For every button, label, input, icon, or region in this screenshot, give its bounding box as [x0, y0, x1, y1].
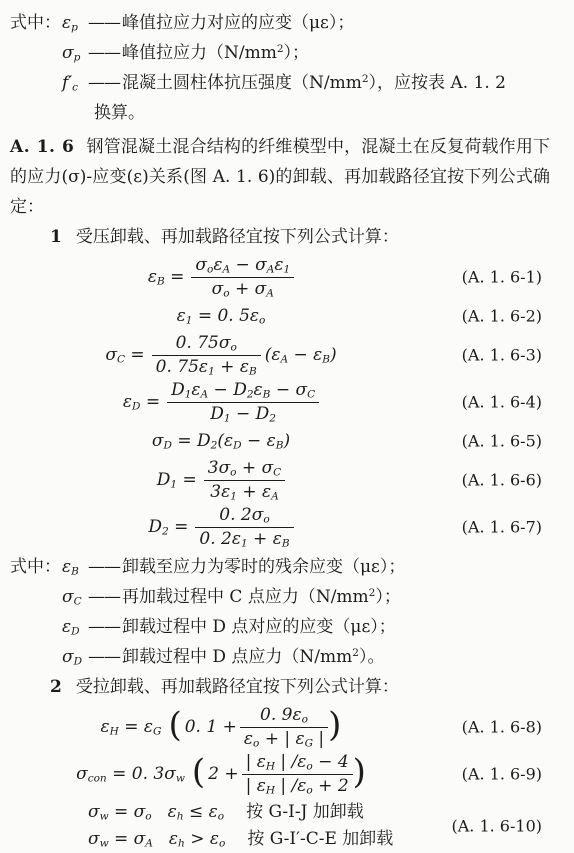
clause-a-1-6: A. 1. 6钢管混凝土混合结构的纤维模型中，混凝土在反复荷载作用下的应力(σ)… — [10, 132, 550, 222]
definition-text: 再加载过程中 C 点应力（N/mm2）； — [122, 582, 401, 612]
case-2-equation: σw = σA — [88, 826, 153, 853]
equation-label: (A. 1. 6-10) — [451, 817, 542, 836]
em-dash: —— — [88, 68, 120, 98]
formula-a-1-6-4: εD = D1εA − D2εB − σC D1 − D2 (A. 1. 6-4… — [10, 380, 550, 424]
em-dash: —— — [88, 582, 120, 612]
item-1-number: 1 — [50, 227, 62, 247]
definition-row: f′c —— 混凝土圆柱体抗压强度（N/mm2），应按表 A. 1. 2 — [10, 68, 550, 98]
item-1-text: 受压卸载、再加载路径宜按下列公式计算： — [76, 227, 399, 247]
fraction: D1εA − D2εB − σC D1 − D2 — [167, 380, 319, 424]
fraction: | εH | /εo − 4 | εH | /εo + 2 — [242, 752, 353, 796]
symbol-definitions-top: 式中： εp —— 峰值拉应力对应的应变（με）； σp —— 峰值拉应力（N/… — [10, 8, 550, 128]
case-line-2: σw = σA εh > εo 按 G-I′-C-E 加卸载 — [88, 826, 393, 853]
case-2-condition: εh > εo — [169, 826, 225, 853]
definition-text: 卸载过程中 D 点应力（N/mm2）。 — [122, 642, 384, 672]
formula-a-1-6-3: σC = 0. 75σo 0. 75ε1 + εB (εA − εB) (A. … — [10, 333, 550, 377]
formula-expression: σD = D2(εD − εB) — [152, 428, 290, 454]
em-dash: —— — [88, 38, 120, 68]
formula-a-1-6-2: ε1 = 0. 5εo (A. 1. 6-2) — [10, 302, 550, 330]
definition-text: 峰值拉应力对应的应变（με）； — [122, 8, 354, 38]
fraction-denominator: D1 − D2 — [167, 403, 319, 424]
formula-a-1-6-10: σw = σo εh ≤ εo 按 G-I-J 加卸载 σw = σA εh >… — [10, 799, 550, 853]
definition-text: 峰值拉应力（N/mm2）； — [122, 38, 309, 68]
fraction: 0. 75σo 0. 75ε1 + εB — [152, 333, 261, 377]
equation-label: (A. 1. 6-2) — [462, 307, 542, 326]
equation-label: (A. 1. 6-3) — [462, 346, 542, 365]
equation-label: (A. 1. 6-8) — [462, 718, 542, 737]
fraction-denominator: 0. 75ε1 + εB — [152, 356, 261, 377]
definition-row: 式中： εp —— 峰值拉应力对应的应变（με）； — [10, 8, 550, 38]
formula-rhs: (εA − εB) — [265, 345, 337, 365]
open-paren: ( — [192, 755, 205, 789]
symbol-definitions-mid: 式中： εB —— 卸载至应力为零时的残余应变（με）； σC —— 再加载过程… — [10, 552, 550, 672]
symbol-sp: σp — [62, 38, 88, 68]
fraction-numerator: 3σo + σC — [204, 458, 285, 481]
item-2-number: 2 — [50, 677, 62, 697]
page: 式中： εp —— 峰值拉应力对应的应变（με）； σp —— 峰值拉应力（N/… — [0, 0, 574, 853]
symbol-fc: f′c — [62, 68, 88, 98]
formula-expression: ε1 = 0. 5εo — [177, 303, 266, 329]
item-2: 2受拉卸载、再加载路径宜按下列公式计算： — [10, 672, 550, 702]
definition-text: 混凝土圆柱体抗压强度（N/mm2），应按表 A. 1. 2 — [122, 68, 506, 98]
definition-row: σp —— 峰值拉应力（N/mm2）； — [10, 38, 550, 68]
case-1-condition: εh ≤ εo — [168, 799, 224, 826]
case-lines: σw = σo εh ≤ εo 按 G-I-J 加卸载 σw = σA εh >… — [88, 799, 393, 853]
fraction-denominator: 0. 2ε1 + εB — [195, 528, 293, 549]
definition-row: σC —— 再加载过程中 C 点应力（N/mm2）； — [10, 582, 550, 612]
open-paren: ( — [168, 708, 181, 742]
fraction-numerator: | εH | /εo − 4 — [242, 752, 353, 775]
fraction-denominator: 3ε1 + εA — [204, 481, 285, 502]
symbol-ed: εD — [62, 612, 88, 642]
document-page: { "glyphs": { "dash": "——" }, "definitio… — [0, 0, 574, 853]
formula-a-1-6-6: D1 = 3σo + σC 3ε1 + εA (A. 1. 6-6) — [10, 458, 550, 502]
fraction-numerator: 0. 75σo — [152, 333, 261, 356]
formula-lhs: σcon = 0. 3σw — [76, 764, 185, 784]
formula-a-1-6-5: σD = D2(εD − εB) (A. 1. 6-5) — [10, 427, 550, 455]
symbol-eb: εB — [62, 552, 88, 582]
item-2-text: 受拉卸载、再加载路径宜按下列公式计算： — [76, 677, 399, 697]
em-dash: —— — [88, 552, 120, 582]
formula-lhs: εD = — [123, 392, 160, 412]
fraction: 0. 2σo 0. 2ε1 + εB — [195, 505, 293, 549]
case-2-note: 按 G-I′-C-E 加卸载 — [247, 826, 393, 853]
formula-lhs: D2 = — [148, 517, 188, 537]
case-1-note: 按 G-I-J 加卸载 — [246, 799, 364, 826]
case-1-equation: σw = σo — [88, 799, 152, 826]
definition-continuation: 换算。 — [10, 98, 550, 128]
clause-number: A. 1. 6 — [10, 137, 74, 157]
symbol-sd: σD — [62, 642, 88, 672]
formula-lhs: εB = — [148, 267, 185, 287]
fraction-numerator: D1εA − D2εB − σC — [167, 380, 319, 403]
em-dash: —— — [88, 612, 120, 642]
equation-label: (A. 1. 6-4) — [462, 393, 542, 412]
fraction: σoεA − σAε1 σo + σA — [191, 255, 294, 299]
equation-label: (A. 1. 6-9) — [462, 765, 542, 784]
formula-a-1-6-1: εB = σoεA − σAε1 σo + σA (A. 1. 6-1) — [10, 255, 550, 299]
definition-row: 式中： εB —— 卸载至应力为零时的残余应变（με）； — [10, 552, 550, 582]
where-prefix: 式中： — [10, 8, 62, 38]
fraction: 3σo + σC 3ε1 + εA — [204, 458, 285, 502]
symbol-ep: εp — [62, 8, 88, 38]
em-dash: —— — [88, 8, 120, 38]
equation-label: (A. 1. 6-5) — [462, 432, 542, 451]
close-paren: ) — [353, 755, 366, 789]
symbol-sc: σC — [62, 582, 88, 612]
equation-label: (A. 1. 6-7) — [462, 518, 542, 537]
definition-text: 卸载过程中 D 点对应的应变（με）； — [122, 612, 396, 642]
item-1: 1受压卸载、再加载路径宜按下列公式计算： — [10, 222, 550, 252]
equation-label: (A. 1. 6-1) — [462, 268, 542, 287]
fraction-denominator: εo + | εG | — [240, 728, 328, 749]
clause-text: 钢管混凝土混合结构的纤维模型中，混凝土在反复荷载作用下的应力(σ)-应变(ε)关… — [10, 137, 550, 217]
definition-row: εD —— 卸载过程中 D 点对应的应变（με）； — [10, 612, 550, 642]
formula-inner: 0. 1 + — [185, 717, 237, 737]
where-prefix: 式中： — [10, 552, 62, 582]
formula-lhs: σC = — [105, 345, 144, 365]
fraction-denominator: | εH | /εo + 2 — [242, 775, 353, 796]
case-line-1: σw = σo εh ≤ εo 按 G-I-J 加卸载 — [88, 799, 393, 826]
definition-text: 卸载至应力为零时的残余应变（με）； — [122, 552, 405, 582]
formula-a-1-6-9: σcon = 0. 3σw ( 2 + | εH | /εo − 4 | εH … — [10, 752, 550, 796]
fraction-numerator: 0. 2σo — [195, 505, 293, 528]
formula-a-1-6-8: εH = εG ( 0. 1 + 0. 9εo εo + | εG | ) (A… — [10, 705, 550, 749]
fraction-numerator: 0. 9εo — [240, 705, 328, 728]
close-paren: ) — [328, 708, 341, 742]
formula-lhs: D1 = — [157, 470, 197, 490]
fraction: 0. 9εo εo + | εG | — [240, 705, 328, 749]
em-dash: —— — [88, 642, 120, 672]
equation-label: (A. 1. 6-6) — [462, 471, 542, 490]
definition-row: σD —— 卸载过程中 D 点应力（N/mm2）。 — [10, 642, 550, 672]
formula-lhs: εH = εG — [101, 717, 162, 737]
fraction-denominator: σo + σA — [191, 278, 294, 299]
fraction-numerator: σoεA − σAε1 — [191, 255, 294, 278]
formula-inner: 2 + — [208, 764, 238, 784]
formula-a-1-6-7: D2 = 0. 2σo 0. 2ε1 + εB (A. 1. 6-7) — [10, 505, 550, 549]
